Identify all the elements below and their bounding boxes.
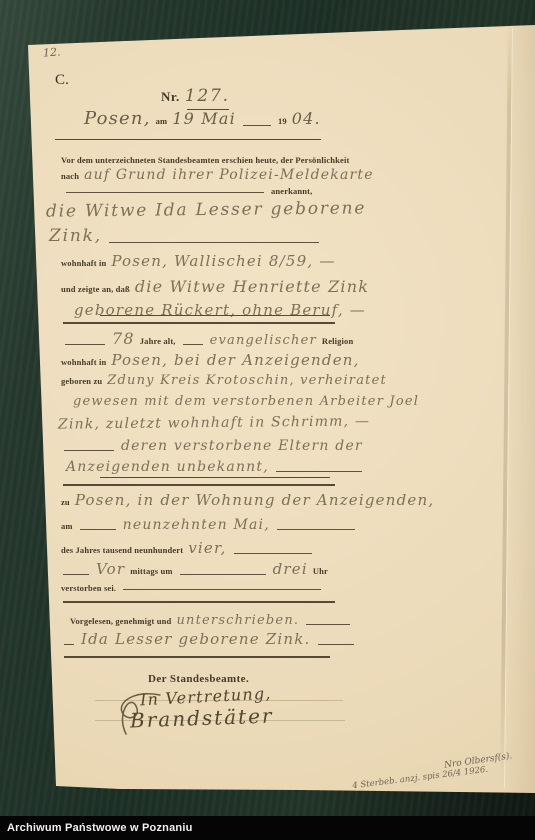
declarant-surname: Zink, (49, 226, 102, 246)
scanned-archive-page: 12. C. Nr. 127. Posen, am 19 Mai 19 04. … (0, 0, 535, 840)
blank-rule (123, 586, 321, 590)
closing-line: Vorgelesen, genehmigt und unterschrieben… (70, 613, 352, 628)
wohnhaft-label: wohnhaft in (61, 258, 106, 268)
intro-printed-line: Vor dem unterzeichneten Standesbeamten e… (61, 155, 349, 165)
death-place-written: Posen, in der Wohnung der Anzeigenden, (75, 491, 435, 509)
identity-basis-line: nach auf Grund ihrer Polizei-Meldekarte (61, 167, 374, 183)
date-line: Posen, am 19 Mai 19 04. (84, 108, 321, 129)
deceased-residence-line: wohnhaft in Posen, bei der Anzeigenden, (61, 351, 360, 369)
blank-rule (276, 468, 362, 472)
blank-rule (277, 526, 355, 530)
blank-rule (63, 571, 89, 575)
archive-watermark-bar: Archiwum Państwowe w Poznaniu (0, 816, 535, 840)
zeigte-label: und zeigte an, daß (61, 284, 130, 294)
form-letter: C. (55, 72, 69, 89)
identity-basis-written: auf Grund ihrer Polizei-Meldekarte (84, 167, 374, 183)
marriage-line: gewesen mit dem verstorbenen Arbeiter Jo… (73, 394, 419, 409)
pencil-page-number: 12. (43, 45, 61, 59)
age-religion-line: 78 Jahre alt, evangelischer Religion (63, 329, 353, 348)
declarant-residence-written: Posen, Wallischei 8/59, — (111, 252, 335, 270)
blank-rule (183, 341, 203, 345)
verstorben-line: verstorben sei. (61, 583, 323, 593)
age-written: 78 (112, 329, 135, 348)
death-year-written: vier, (188, 539, 226, 557)
registrar-label: Der Standesbeamte. (148, 673, 249, 685)
religion-label: Religion (322, 336, 353, 346)
closing-written: unterschrieben. (176, 613, 299, 628)
year-printed: 19 (278, 116, 287, 126)
time-prefix-written: Vor (96, 560, 125, 578)
parents-written-1: deren verstorbene Eltern der (121, 438, 363, 454)
deceased-residence-written: Posen, bei der Anzeigenden, (111, 351, 359, 369)
section-separator (63, 322, 335, 324)
time-value-written: drei (273, 560, 308, 578)
anerkannt-label: anerkannt, (271, 186, 312, 196)
death-am-label: am (61, 521, 73, 531)
birthplace-line: geboren zu Zduny Kreis Krotoschin, verhe… (61, 373, 387, 388)
declarant-name-line-2: Zink, (49, 226, 321, 246)
blank-rule (180, 571, 266, 575)
nr-value: 127. (185, 86, 230, 106)
anerkannt-line: anerkannt, (64, 186, 312, 196)
blank-rule (109, 239, 319, 243)
death-day-written: neunzehnten Mai, (123, 517, 270, 533)
wohnhaft2-label: wohnhaft in (61, 357, 106, 367)
section-separator (64, 656, 330, 658)
parents-line-2: Anzeigenden unbekannt, (66, 459, 364, 475)
record-number-line: Nr. 127. (161, 86, 230, 106)
entry-rule (100, 315, 330, 316)
section-separator (63, 484, 335, 486)
entry-rule (100, 477, 330, 478)
parents-written-2: Anzeigenden unbekannt, (66, 459, 269, 475)
blank-rule (318, 641, 354, 645)
declarant-name-line: die Witwe Ida Lesser geborene (46, 198, 366, 221)
archive-watermark-label: Archiwum Państwowe w Poznaniu (7, 816, 193, 840)
death-year-label: des Jahres tausend neunhundert (61, 545, 183, 555)
blank-rule (64, 447, 114, 451)
uhr-label: Uhr (313, 566, 328, 576)
blank-rule (234, 550, 312, 554)
date-underline (55, 139, 321, 140)
declarant-signature-line: Ida Lesser geborene Zink. (62, 630, 356, 648)
death-day-line: am neunzehnten Mai, (61, 517, 357, 533)
blank-rule (243, 122, 271, 126)
zu-label: zu (61, 497, 70, 507)
am-label: am (156, 116, 168, 126)
blank-rule (306, 621, 350, 625)
last-residence-line: Zink, zuletzt wohnhaft in Schrimm, — (58, 413, 370, 432)
parents-line-1: deren verstorbene Eltern der (62, 438, 363, 454)
closing-label: Vorgelesen, genehmigt und (70, 616, 171, 626)
blank-rule (65, 341, 105, 345)
age-label: Jahre alt, (140, 336, 176, 346)
death-time-line: Vor mittags um drei Uhr (61, 560, 328, 578)
death-place-line: zu Posen, in der Wohnung der Anzeigenden… (61, 491, 434, 509)
deceased-name-line-2: geborene Rückert, ohne Beruf, — (74, 301, 366, 319)
blank-rule (64, 641, 74, 645)
religion-written: evangelischer (210, 333, 317, 348)
declarant-residence-line: wohnhaft in Posen, Wallischei 8/59, — (61, 252, 336, 270)
date-place: Posen, (84, 108, 151, 129)
nach-label: nach (61, 171, 79, 181)
declarant-signature: Ida Lesser geborene Zink. (81, 630, 311, 648)
deceased-name-written: die Witwe Henriette Zink (135, 277, 369, 296)
mittags-label: mittags um (130, 566, 172, 576)
birthplace-written: Zduny Kreis Krotoschin, verheiratet (107, 373, 387, 388)
nr-label: Nr. (161, 89, 180, 105)
year-written: 04. (292, 109, 321, 128)
blank-rule (66, 189, 264, 193)
date-day: 19 Mai (172, 109, 236, 128)
death-year-line: des Jahres tausend neunhundert vier, (61, 539, 314, 557)
blank-rule (80, 526, 116, 530)
section-separator (63, 601, 335, 603)
geboren-label: geboren zu (61, 376, 102, 386)
deceased-intro-line: und zeigte an, daß die Witwe Henriette Z… (61, 277, 369, 296)
verstorben-label: verstorben sei. (61, 583, 116, 593)
registrar-signature: Brandstäter (130, 704, 274, 733)
